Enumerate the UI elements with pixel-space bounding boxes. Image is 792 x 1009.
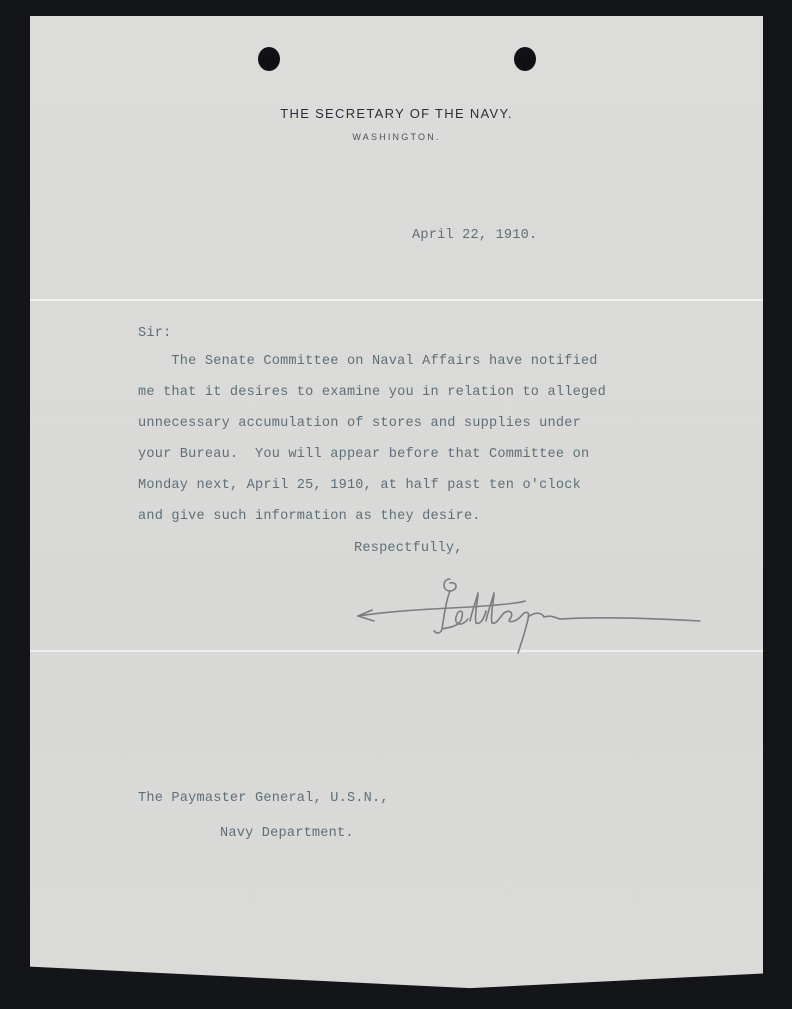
fold-crease-upper — [30, 299, 763, 301]
addressee-title: The Paymaster General, U.S.N., — [138, 791, 389, 806]
body-line: The Senate Committee on Naval Affairs ha… — [138, 354, 598, 369]
letter-date: April 22, 1910. — [412, 228, 537, 243]
letter-sheet: THE SECRETARY OF THE NAVY. WASHINGTON. A… — [30, 16, 763, 998]
salutation: Sir: — [138, 326, 171, 341]
punch-hole-left — [258, 47, 280, 71]
addressee-department: Navy Department. — [220, 826, 354, 841]
body-line: and give such information as they desire… — [138, 509, 481, 524]
letterhead-location: WASHINGTON. — [30, 132, 763, 142]
body-line: your Bureau. You will appear before that… — [138, 447, 589, 462]
body-line: me that it desires to examine you in rel… — [138, 385, 606, 400]
closing: Respectfully, — [354, 541, 463, 556]
signature-icon — [350, 571, 710, 671]
body-line: unnecessary accumulation of stores and s… — [138, 416, 581, 431]
punch-hole-right — [514, 47, 536, 71]
body-line: Monday next, April 25, 1910, at half pas… — [138, 478, 581, 493]
letterhead-title: THE SECRETARY OF THE NAVY. — [30, 106, 763, 121]
